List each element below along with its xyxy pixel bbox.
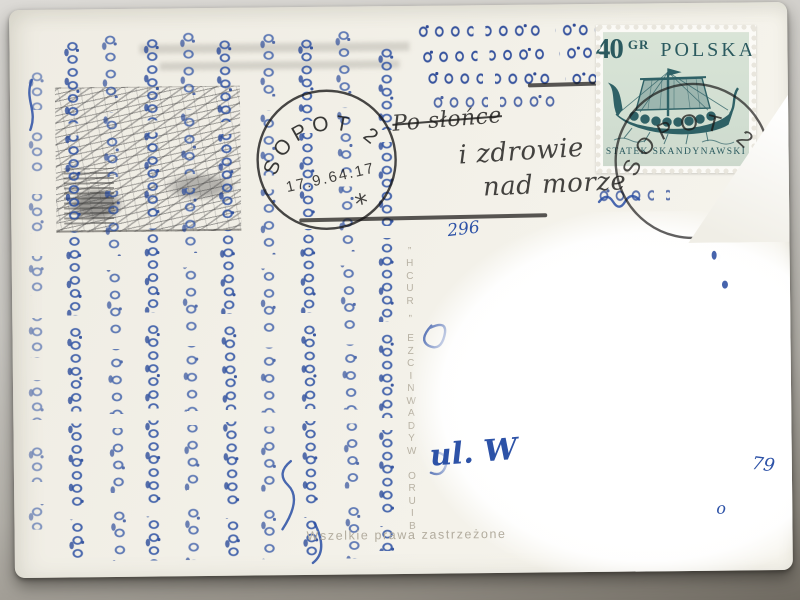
stamp-header: 40 GR POLSKA (596, 35, 756, 64)
handwriting-letter: o (716, 499, 726, 518)
rights-notice: Wszelkie prawa zastrzeżone (306, 527, 506, 543)
ink-mark (722, 281, 728, 289)
stamp-country: POLSKA (660, 39, 756, 62)
handwriting-address: ul. W (428, 432, 518, 474)
stamp-perforation (596, 24, 756, 30)
postmark-datestamp: SOPOT 2 17.9.64.17 * (239, 73, 413, 247)
postmark-star: * (353, 188, 372, 220)
privacy-mask-blob (411, 209, 793, 578)
flourish-stroke (282, 461, 294, 529)
handwriting-code: 79 (751, 453, 776, 477)
postcard-photo: BIURO WYDAWNICZE „RUCH” Wszelkie prawa z… (0, 0, 800, 600)
flourish-stroke (29, 80, 33, 130)
postcard-back: BIURO WYDAWNICZE „RUCH” Wszelkie prawa z… (9, 2, 793, 578)
ink-mark (712, 251, 717, 260)
handwriting-number: 296 (446, 218, 481, 242)
stamp-currency: GR (628, 37, 650, 53)
